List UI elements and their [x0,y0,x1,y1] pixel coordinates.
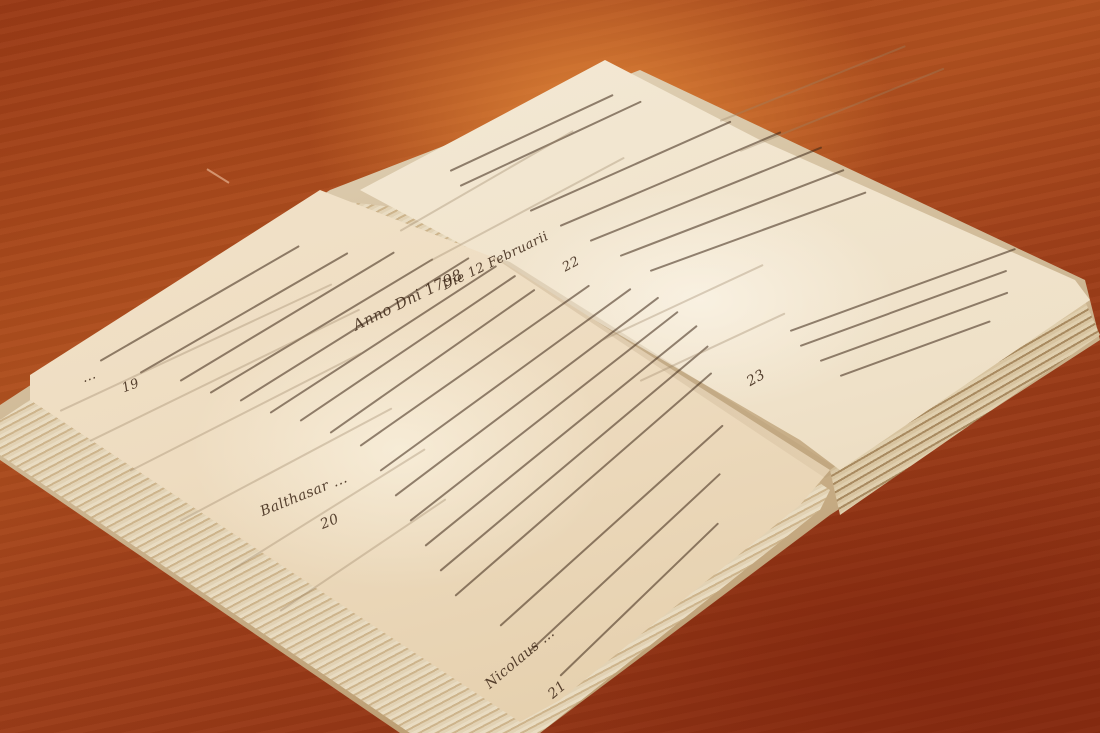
open-manuscript-book: Anno Dni 1798 Die 12 Februarii Balthasar… [0,0,1100,733]
